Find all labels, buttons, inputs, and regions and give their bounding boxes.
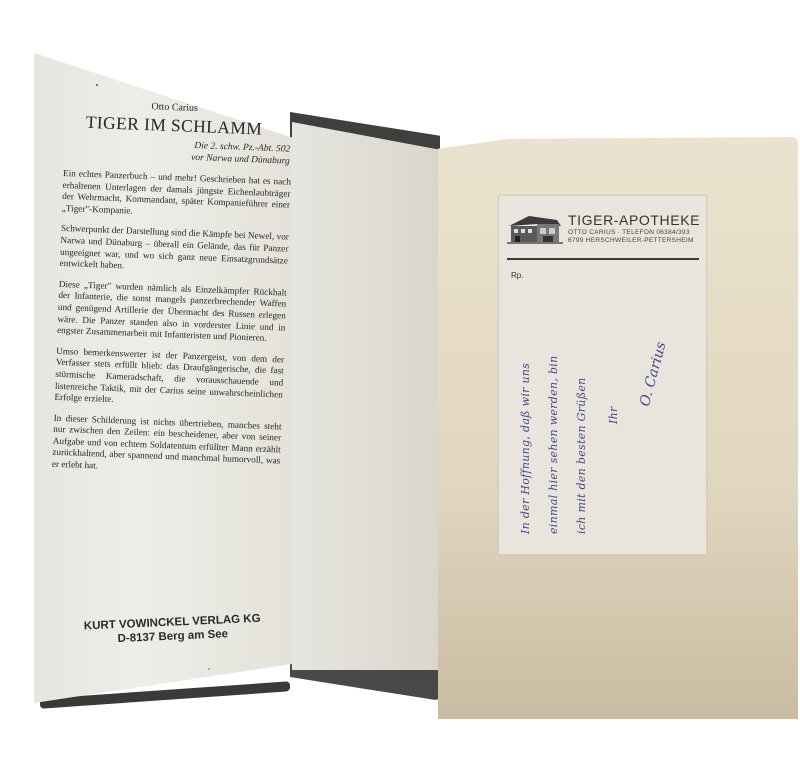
- paper-speck: [208, 668, 210, 670]
- handwriting-line: In der Hoffnung, daß wir uns: [519, 363, 532, 534]
- book-subtitle: Die 2. schw. Pz.-Abt. 502 vor Narwa und …: [64, 135, 293, 168]
- handwriting-line: ich mit den besten Grüßen: [575, 377, 588, 534]
- handwriting-closing: Ihr: [607, 406, 620, 424]
- pharmacy-owner-phone: OTTO CARIUS · TELEFON 06384/393: [568, 229, 690, 236]
- building-icon: [507, 212, 563, 246]
- blurb-paragraph: Umso bemerkenswerter ist der Panzergeist…: [54, 346, 284, 413]
- handwritten-dedication: In der Hoffnung, daß wir uns einmal hier…: [517, 284, 677, 544]
- blurb-paragraph: Diese „Tiger" wurden nämlich als Einzelk…: [57, 279, 287, 346]
- blurb-paragraph: Ein echtes Panzerbuch – und mehr! Geschr…: [62, 168, 292, 223]
- blurb-paragraph: In dieser Schilderung ist nichts übertri…: [52, 412, 282, 479]
- blurb-paragraph: Schwerpunkt der Darstellung sind die Käm…: [59, 223, 289, 278]
- flap-blurb: Otto Carius TIGER IM SCHLAMM Die 2. schw…: [52, 98, 294, 479]
- letterhead-divider: [507, 258, 699, 260]
- pharmacy-name: TIGER-APOTHEKE: [568, 212, 700, 228]
- handwritten-signature: O. Carius: [637, 340, 670, 408]
- handwriting-line: einmal hier sehen werden, bin: [547, 356, 560, 534]
- prescription-card: TIGER-APOTHEKE OTTO CARIUS · TELEFON 063…: [498, 195, 707, 555]
- book-first-page-edge: [292, 122, 438, 670]
- paper-speck: [96, 84, 98, 86]
- card-letterhead: TIGER-APOTHEKE OTTO CARIUS · TELEFON 063…: [507, 208, 699, 252]
- pharmacy-address: 6799 HERSCHWEILER-PETTERSHEIM: [568, 237, 694, 244]
- rp-label: Rp.: [511, 271, 523, 280]
